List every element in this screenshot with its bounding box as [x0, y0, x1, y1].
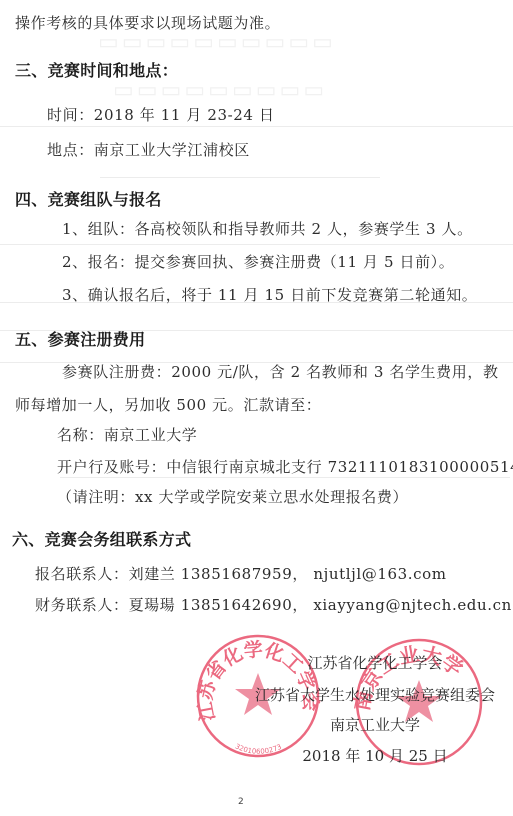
section-heading-time-location: 三、竞赛时间和地点： [15, 61, 178, 81]
intro-line: 操作考核的具体要求以现场试题为准。 [15, 13, 280, 33]
document-page: ▭▭▭▭▭▭▭▭▭▭ ▭▭▭▭▭▭▭▭▭ 操作考核的具体要求以现场试题为准。 三… [0, 0, 513, 816]
fee-paragraph-line2: 师每增加一人，另加收 500 元。汇款请至： [15, 395, 321, 415]
section-heading-fees: 五、参赛注册费用 [15, 330, 145, 350]
section-heading-contacts: 六、竞赛会务组联系方式 [12, 530, 191, 550]
bleed-through-line [0, 126, 513, 127]
bleed-through-text: ▭▭▭▭▭▭▭▭▭ [110, 78, 324, 103]
bleed-through-line [100, 177, 380, 178]
signature-org3: 南京工业大学 [240, 715, 510, 735]
registration-contact-line: 报名联系人：刘建兰 13851687959， njutljl@163.com [35, 564, 447, 584]
confirmation-line: 3、确认报名后，将于 11 月 15 日前下发竞赛第二轮通知。 [62, 285, 477, 305]
bleed-through-line [0, 244, 513, 245]
bleed-through-line [60, 477, 510, 478]
payment-note-line: （请注明：xx 大学或学院安莱立思水处理报名费） [57, 487, 408, 507]
signature-org2: 江苏省大学生水处理实验竞赛组委会 [230, 685, 513, 705]
bleed-through-text: ▭▭▭▭▭▭▭▭▭▭ [95, 30, 333, 55]
finance-contact-line: 财务联系人：夏瑒瑒 13851642690， xiayyang@njtech.e… [35, 595, 512, 615]
signature-org1: 江苏省化学化工学会 [240, 653, 510, 673]
location-line: 地点：南京工业大学江浦校区 [47, 140, 250, 160]
registration-line: 2、报名：提交参赛回执、参赛注册费（11 月 5 日前）。 [62, 252, 454, 272]
section-heading-team-registration: 四、竞赛组队与报名 [15, 190, 162, 210]
signature-date: 2018 年 10 月 25 日 [240, 746, 510, 766]
bank-account-line: 开户行及账号：中信银行南京城北支行 7321110183100000514 [57, 457, 513, 477]
time-line: 时间：2018 年 11 月 23-24 日 [47, 105, 275, 125]
payee-name-line: 名称：南京工业大学 [57, 425, 197, 445]
fee-paragraph-line1: 参赛队注册费：2000 元/队，含 2 名教师和 3 名学生费用，教 [62, 362, 499, 382]
team-line: 1、组队：各高校领队和指导教师共 2 人，参赛学生 3 人。 [62, 219, 473, 239]
page-number: 2 [238, 797, 244, 807]
